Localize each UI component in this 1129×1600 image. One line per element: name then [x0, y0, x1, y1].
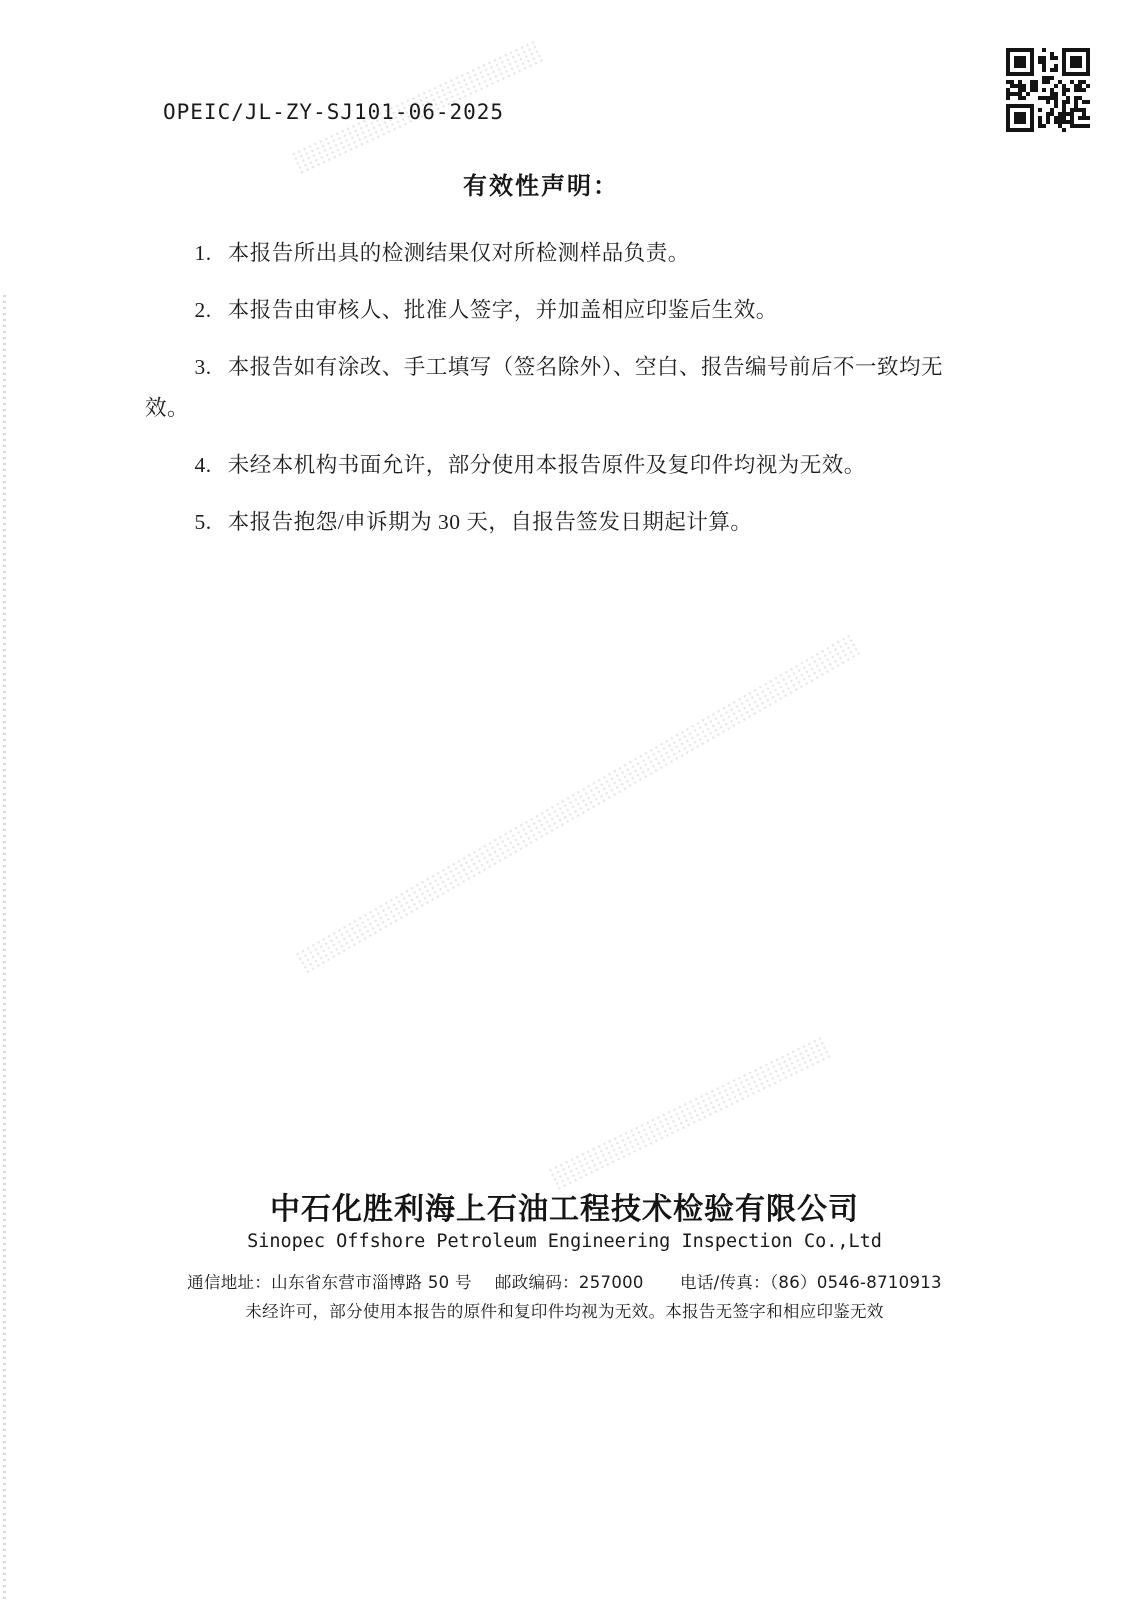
company-footer: 中石化胜利海上石油工程技术检验有限公司 Sinopec Offshore Pet… [0, 1184, 1129, 1322]
list-item: 1.本报告所出具的检测结果仅对所检测样品负责。 [145, 233, 969, 274]
contact-line: 通信地址：山东省东营市淄博路 50 号邮政编码：257000电话/传真：（86）… [0, 1269, 1129, 1293]
list-item-text: 未经本机构书面允许，部分使用本报告原件及复印件均视为无效。 [228, 453, 866, 477]
phone-value: （86）0546-8710913 [770, 1273, 942, 1292]
address-value: 山东省东营市淄博路 50 号 [271, 1273, 472, 1292]
list-item-number: 5. [194, 510, 211, 534]
list-item-text: 本报告抱怨/申诉期为 30 天，自报告签发日期起计算。 [228, 510, 753, 534]
qr-code [1006, 48, 1090, 132]
list-item-text: 本报告所出具的检测结果仅对所检测样品负责。 [228, 241, 690, 265]
postal-value: 257000 [579, 1273, 644, 1292]
qr-code-svg [1006, 48, 1090, 132]
diagonal-watermark [294, 634, 860, 975]
company-name-en: Sinopec Offshore Petroleum Engineering I… [0, 1231, 1129, 1252]
list-item: 2.本报告由审核人、批准人签字，并加盖相应印鉴后生效。 [145, 290, 969, 331]
list-item-number: 3. [194, 355, 211, 379]
phone-label: 电话/传真： [680, 1273, 770, 1292]
list-item: 4.未经本机构书面允许，部分使用本报告原件及复印件均视为无效。 [145, 445, 969, 486]
footer-notice: 未经许可，部分使用本报告的原件和复印件均视为无效。本报告无签字和相应印鉴无效 [0, 1298, 1129, 1322]
statements-list: 1.本报告所出具的检测结果仅对所检测样品负责。 2.本报告由审核人、批准人签字，… [145, 233, 969, 559]
address-label: 通信地址： [187, 1273, 271, 1292]
company-name-cn: 中石化胜利海上石油工程技术检验有限公司 [0, 1184, 1129, 1228]
list-item-number: 2. [194, 298, 211, 322]
list-item: 3.本报告如有涂改、手工填写（签名除外）、空白、报告编号前后不一致均无效。 [145, 347, 969, 429]
diagonal-watermark [547, 1036, 832, 1191]
postal-label: 邮政编码： [495, 1273, 579, 1292]
list-item-text: 本报告由审核人、批准人签字，并加盖相应印鉴后生效。 [228, 298, 778, 322]
document-code: OPEIC/JL-ZY-SJ101-06-2025 [163, 100, 504, 124]
list-item-number: 1. [194, 241, 211, 265]
list-item-number: 4. [194, 453, 211, 477]
scan-edge-artifact [3, 295, 6, 1600]
page-title: 有效性声明： [463, 166, 619, 201]
list-item: 5.本报告抱怨/申诉期为 30 天，自报告签发日期起计算。 [145, 502, 969, 543]
list-item-text: 本报告如有涂改、手工填写（签名除外）、空白、报告编号前后不一致均无效。 [145, 355, 943, 420]
report-validity-page: OPEIC/JL-ZY-SJ101-06-2025 有效性声明： 1.本报告所出… [0, 0, 1129, 1600]
